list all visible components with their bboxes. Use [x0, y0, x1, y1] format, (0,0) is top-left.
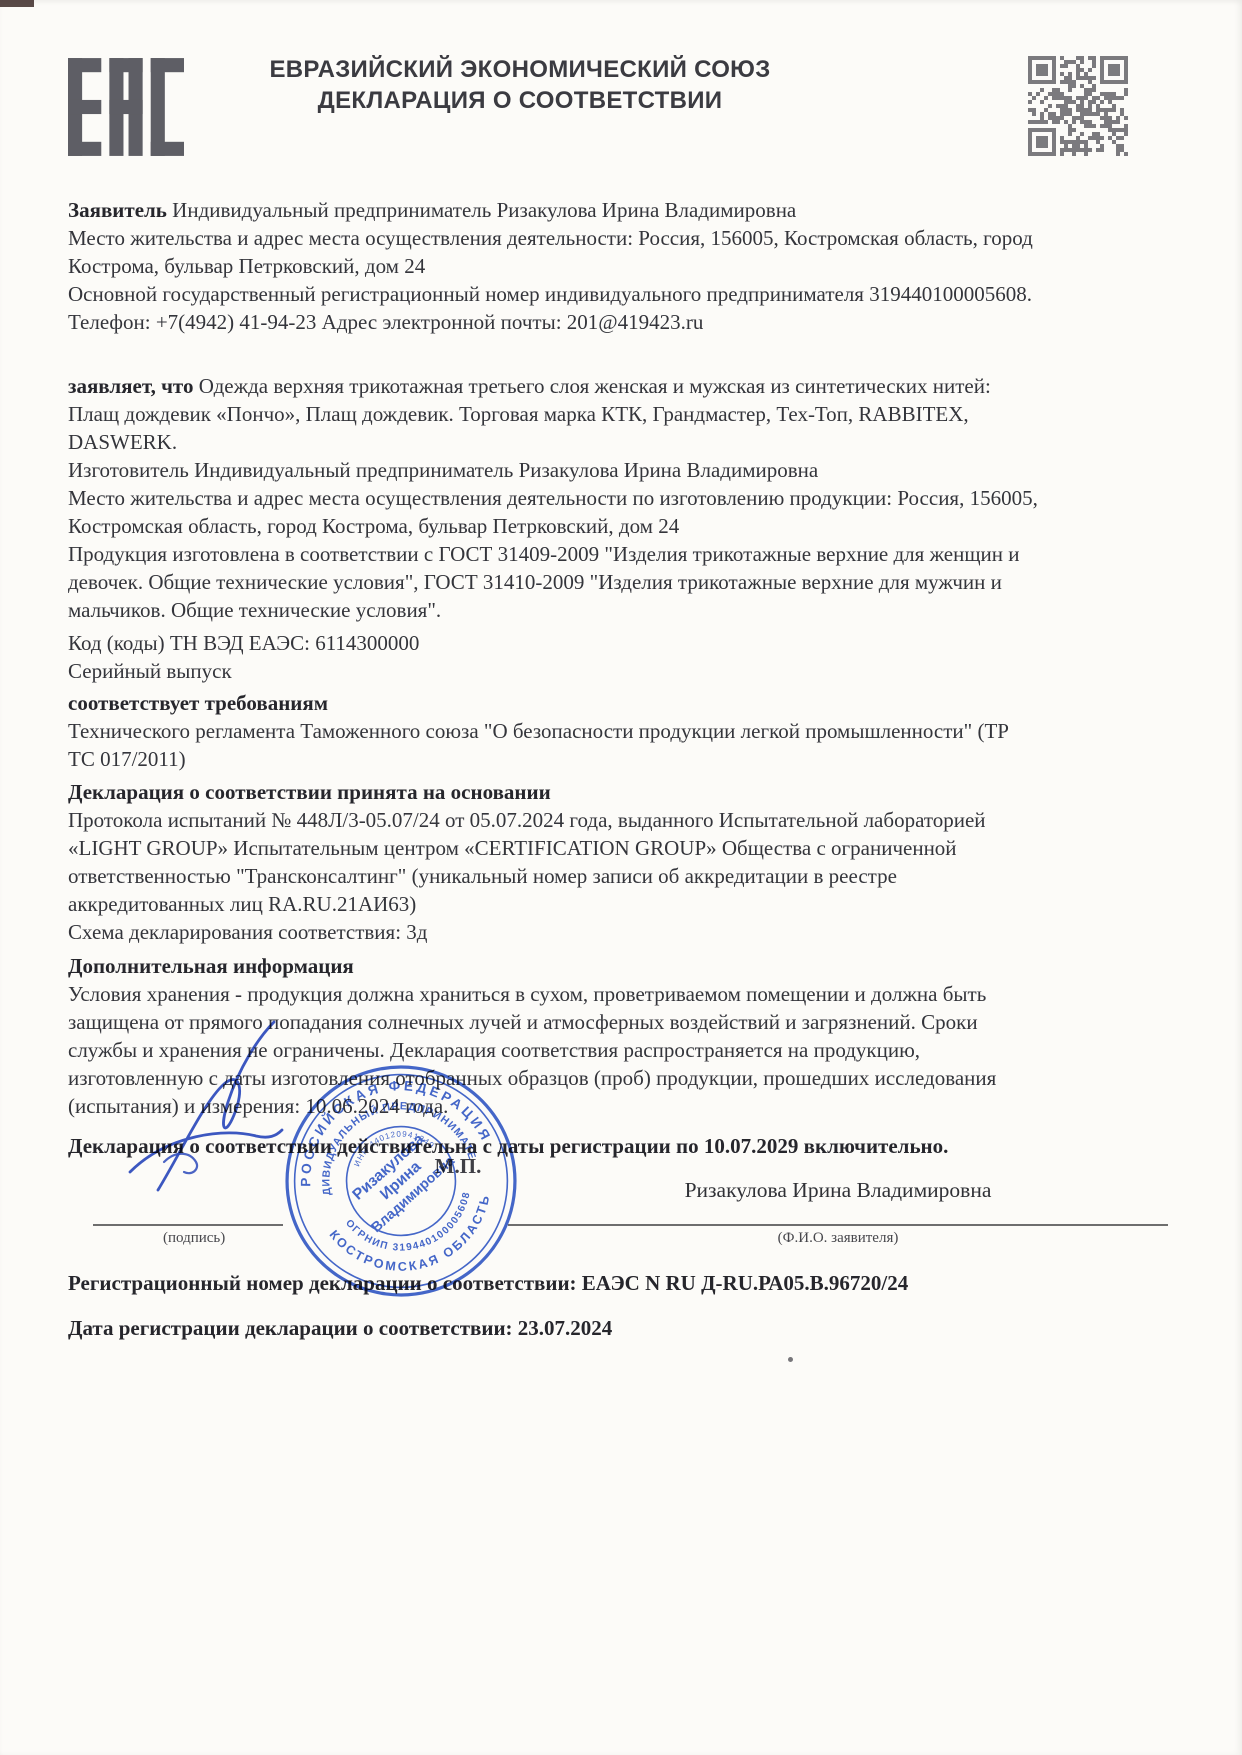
doc-line: Заявитель Индивидуальный предприниматель… — [68, 196, 1190, 224]
doc-line: Костромская область, город Кострома, бул… — [68, 512, 1190, 540]
document-title: ЕВРАЗИЙСКИЙ ЭКОНОМИЧЕСКИЙ СОЮЗ ДЕКЛАРАЦИ… — [240, 54, 800, 116]
doc-line: ответственностью "Трансконсалтинг" (уник… — [68, 862, 1190, 890]
doc-line: мальчиков. Общие технические условия". — [68, 596, 1190, 624]
scan-corner-artifact — [0, 0, 34, 7]
handwritten-signature — [106, 1014, 341, 1204]
doc-line: Протокола испытаний № 448Л/3-05.07/24 от… — [68, 806, 1190, 834]
doc-line: Основной государственный регистрационный… — [68, 280, 1190, 308]
doc-line: Схема декларирования соответствия: 3д — [68, 918, 1190, 946]
doc-line: соответствует требованиям — [68, 689, 1190, 717]
doc-line: Регистрационный номер декларации о соотв… — [68, 1268, 1190, 1298]
signature-label: (подпись) — [163, 1230, 225, 1247]
fio-line — [508, 1224, 1168, 1226]
doc-line: Место жительства и адрес места осуществл… — [68, 484, 1190, 512]
applicant-fio: Ризакулова Ирина Владимировна — [508, 1178, 1168, 1203]
doc-line: Условия хранения - продукция должна хран… — [68, 980, 1190, 1008]
doc-line: Код (коды) ТН ВЭД ЕАЭС: 6114300000 — [68, 629, 1190, 657]
doc-line: Декларация о соответствии принята на осн… — [68, 778, 1190, 806]
doc-line: девочек. Общие технические условия", ГОС… — [68, 568, 1190, 596]
title-line-2: ДЕКЛАРАЦИЯ О СООТВЕТСТВИИ — [240, 85, 800, 116]
qr-code — [1028, 56, 1128, 156]
doc-line: DASWERK. — [68, 428, 1190, 456]
eac-mark-icon — [68, 58, 184, 156]
doc-line: Продукция изготовлена в соответствии с Г… — [68, 540, 1190, 568]
doc-line: Изготовитель Индивидуальный предпринимат… — [68, 456, 1190, 484]
scan-speck — [788, 1357, 793, 1362]
doc-line: Технического регламента Таможенного союз… — [68, 717, 1190, 745]
doc-line: аккредитованных лиц RA.RU.21АИ63) — [68, 890, 1190, 918]
declaration-document-page: ЕВРАЗИЙСКИЙ ЭКОНОМИЧЕСКИЙ СОЮЗ ДЕКЛАРАЦИ… — [0, 0, 1242, 1755]
doc-line: ТС 017/2011) — [68, 745, 1190, 773]
signature-line — [93, 1224, 283, 1226]
doc-line: Телефон: +7(4942) 41-94-23 Адрес электро… — [68, 308, 1190, 336]
doc-line: Место жительства и адрес места осуществл… — [68, 224, 1190, 252]
doc-line: Плащ дождевик «Пончо», Плащ дождевик. То… — [68, 400, 1190, 428]
signature-block: М.П. Ризакулова Ирина Владимировна (подп… — [68, 1166, 1190, 1254]
doc-line: Серийный выпуск — [68, 657, 1190, 685]
doc-line: «LIGHT GROUP» Испытательным центром «CER… — [68, 834, 1190, 862]
doc-line: Дата регистрации декларации о соответств… — [68, 1313, 1190, 1343]
document-body-text: Заявитель Индивидуальный предприниматель… — [68, 196, 1190, 1343]
doc-line: Кострома, бульвар Петрковский, дом 24 — [68, 252, 1190, 280]
fio-label: (Ф.И.О. заявителя) — [508, 1230, 1168, 1247]
doc-line: заявляет, что Одежда верхняя трикотажная… — [68, 372, 1190, 400]
doc-line: Дополнительная информация — [68, 952, 1190, 980]
title-line-1: ЕВРАЗИЙСКИЙ ЭКОНОМИЧЕСКИЙ СОЮЗ — [240, 54, 800, 85]
registration-footer: Регистрационный номер декларации о соотв… — [68, 1268, 1190, 1343]
